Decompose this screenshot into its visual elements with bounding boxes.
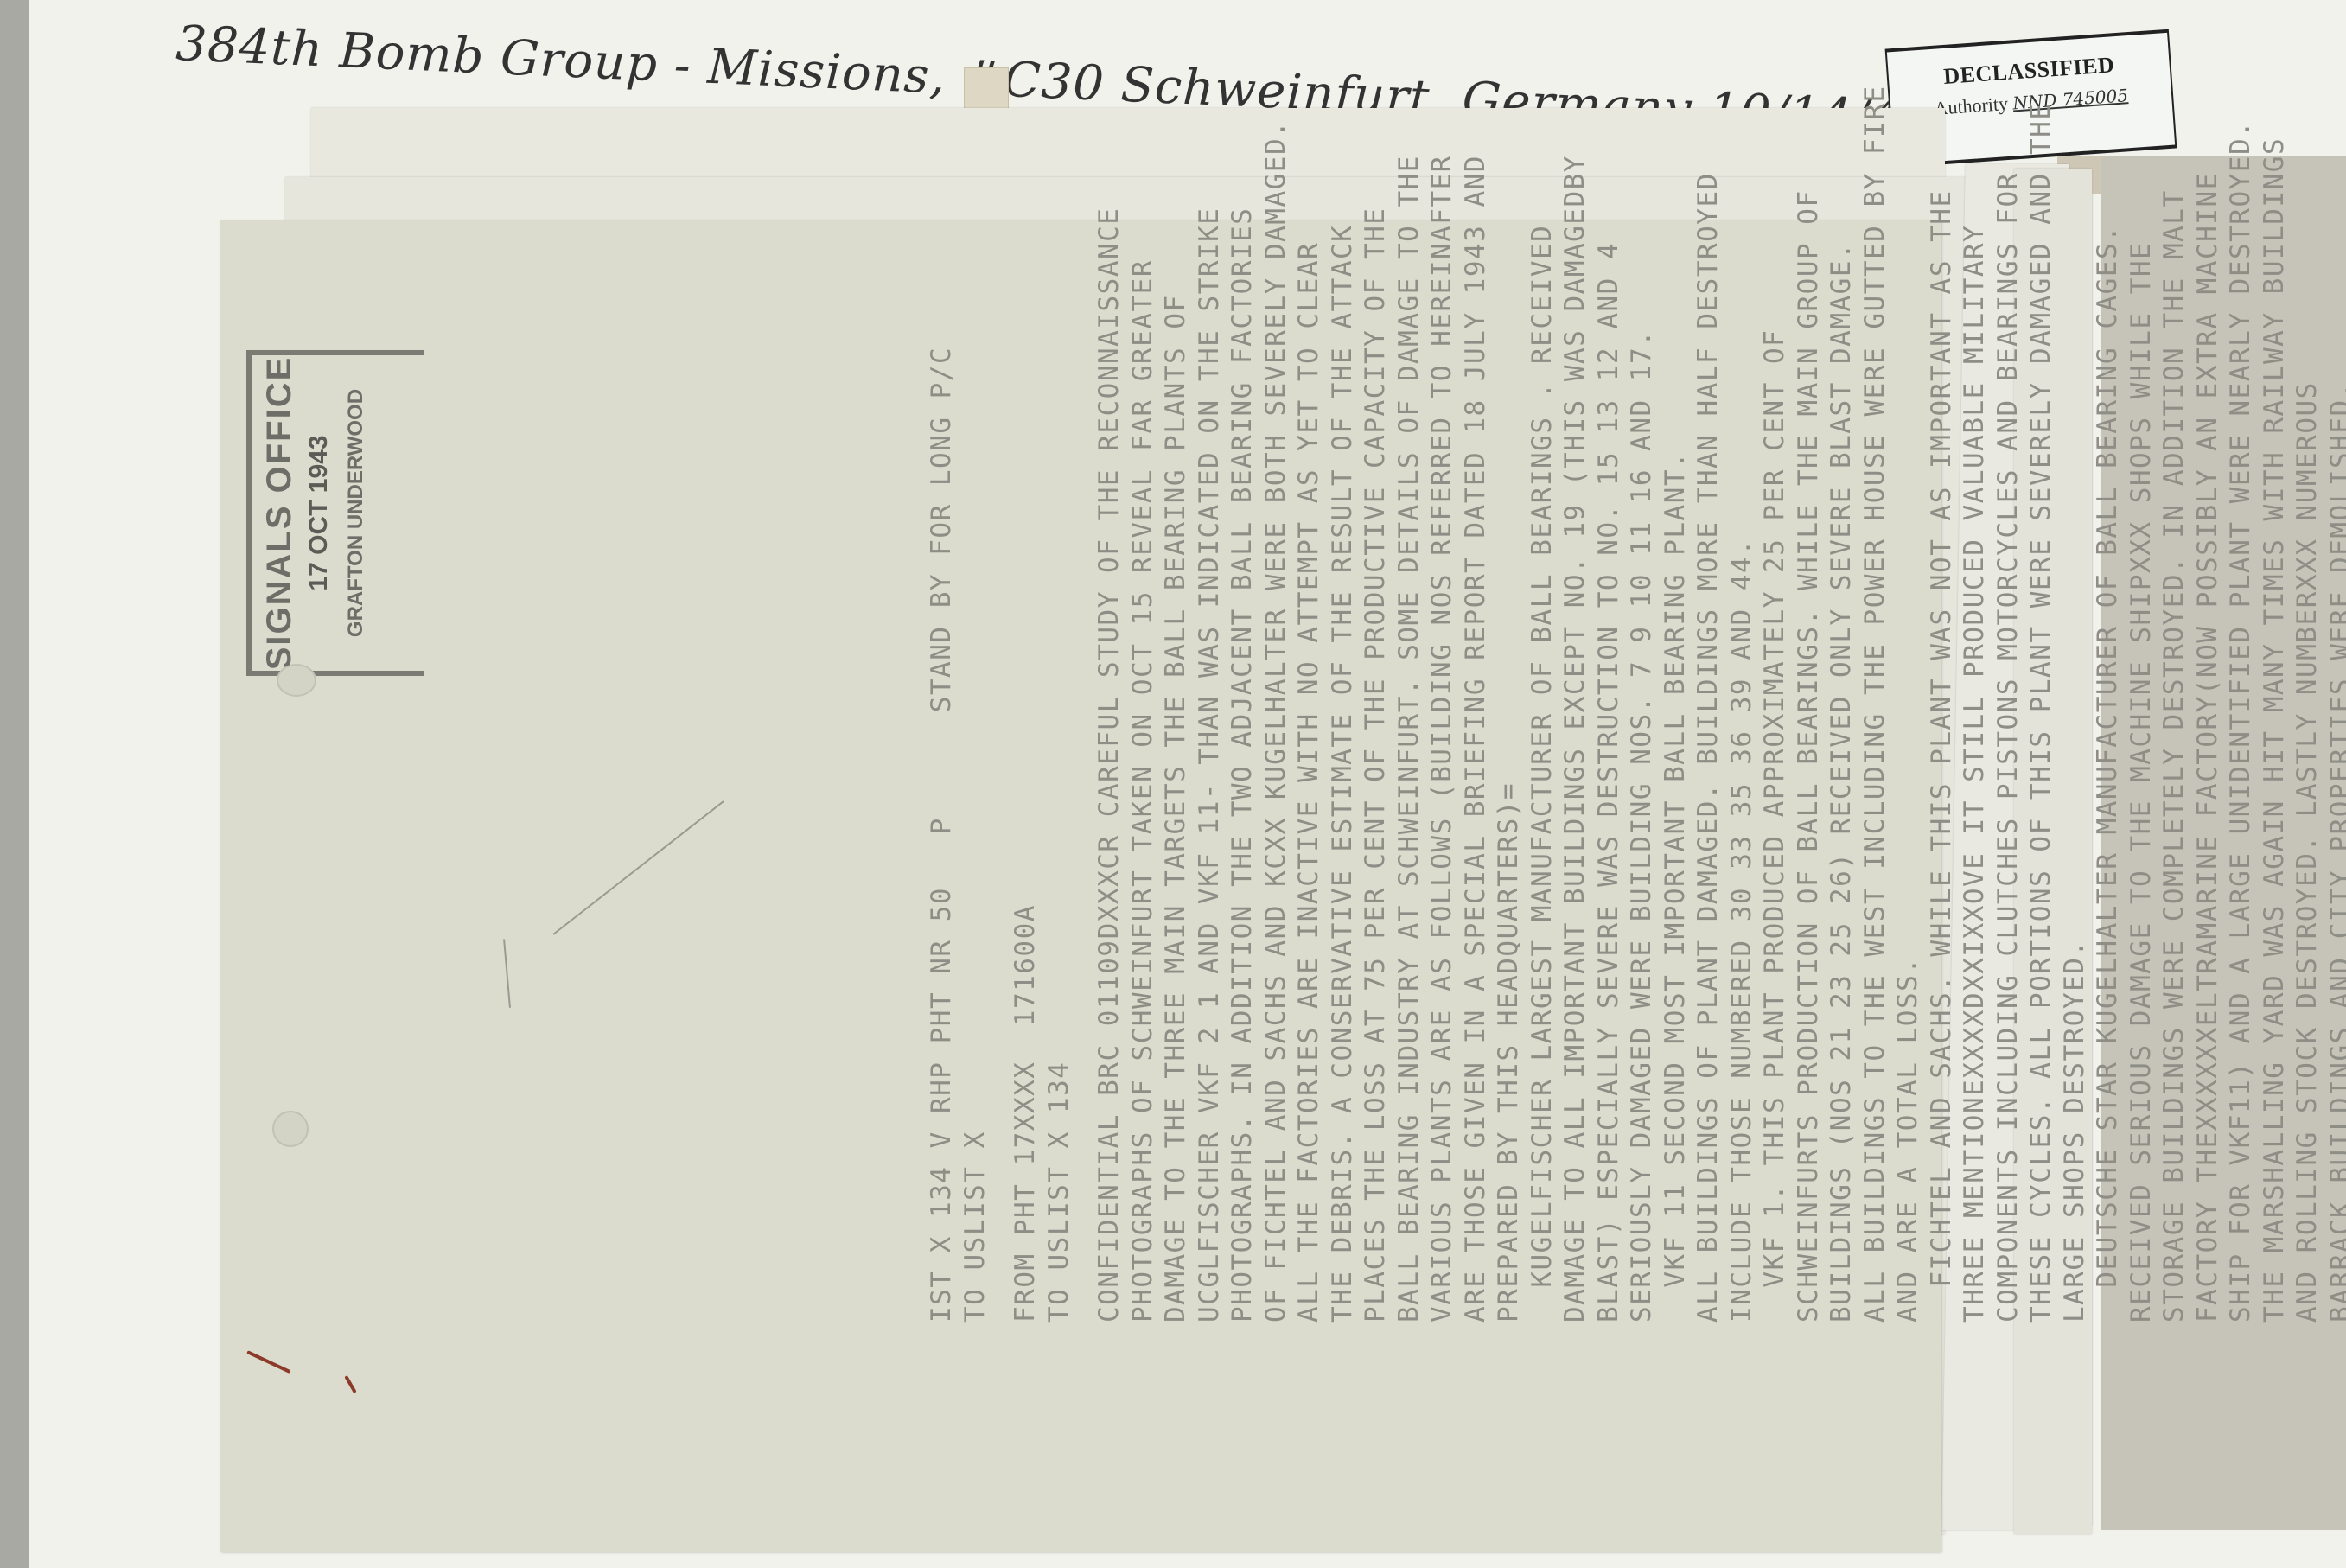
- message-line: PHOTOGRAPHS OF SCHWEINFURT TAKEN ON OCT …: [1126, 225, 1160, 1323]
- message-line: BLAST) ESPECIALLY SEVERE WAS DESTRUCTION…: [1592, 225, 1626, 1323]
- message-line: PLACES THE LOSS AT 75 PER CENT OF THE PR…: [1359, 225, 1393, 1323]
- message-line: THREE MENTIONEXXXXDXXIXXOVE IT STILL PRO…: [1958, 225, 1992, 1323]
- message-line: ALL BUILDINGS TO THE WEST INCLUDING THE …: [1858, 225, 1892, 1323]
- message-line: OF FICHTEL AND SACHS AND KCXX KUGELHALTE…: [1259, 225, 1293, 1323]
- message-line: AND ARE A TOTAL LOSS.: [1891, 225, 1925, 1323]
- message-line: UCGLFISCHER VKF 2 1 AND VKF 11- THAN WAS…: [1193, 225, 1227, 1323]
- message-line: COMPONENTS INCLUDING CLUTCHES PISTONS MO…: [1992, 225, 2025, 1323]
- message-line: ALL BUILDINGS OF PLANT DAMAGED. BUILDING…: [1692, 225, 1725, 1323]
- message-line: CONFIDENTIAL BRC 01109DXXXCR CAREFUL STU…: [1093, 225, 1126, 1323]
- stamp-office: SIGNALS OFFICE: [260, 355, 299, 671]
- message-line: THE DEBRIS. A CONSERVATIVE ESTIMATE OF T…: [1326, 225, 1360, 1323]
- message-line: RECEIVED SERIOUS DAMAGE TO THE MACHINE S…: [2125, 225, 2158, 1323]
- signals-office-stamp: SIGNALS OFFICE 17 OCT 1943 GRAFTON UNDER…: [246, 350, 424, 676]
- message-line: SERIOUSLY DAMAGED WERE BUILDING NOS. 7 9…: [1625, 225, 1659, 1323]
- message-line: DAMAGE TO ALL IMPORTANT BUILDINGS EXCEPT…: [1559, 225, 1592, 1323]
- message-line: [991, 225, 1009, 1323]
- message-line: VKF 11 SECOND MOST IMPORTANT BALL BEARIN…: [1659, 225, 1693, 1323]
- message-line: SCHWEINFURTS PRODUCTION OF BALL BEARINGS…: [1792, 225, 1826, 1323]
- message-line: IST X 134 V RHP PHT NR 50 P STAND BY FOR…: [925, 225, 959, 1323]
- message-line: DEUTSCHE STAR KUGELHALTER MANUFACTURER O…: [2091, 225, 2125, 1323]
- message-line: LARGE SHOPS DESTROYED.: [2058, 225, 2092, 1323]
- message-line: AND ROLLING STOCK DESTROYED. LASTLY NUMB…: [2291, 225, 2324, 1323]
- message-line: SHIP FOR VKF11) AND A LARGE UNIDENTIFIED…: [2224, 225, 2258, 1323]
- message-line: BALL BEARING INDUSTRY AT SCHWEINFURT. SO…: [1393, 225, 1426, 1323]
- water-stain: [272, 1111, 309, 1147]
- message-line: BUILDINGS (NOS 21 23 25 26) RECEIVED ONL…: [1825, 225, 1858, 1323]
- message-line: TO USLIST X: [959, 225, 992, 1323]
- message-line: VARIOUS PLANTS ARE AS FOLLOWS (BUILDING …: [1425, 225, 1459, 1323]
- message-line: FROM PHT 17XXXX 171600A: [1009, 225, 1042, 1323]
- message-line: DAMAGE TO THE THREE MAIN TARGETS THE BAL…: [1159, 225, 1193, 1323]
- message-line: FICHTEL AND SACHS. WHILE THIS PLANT WAS …: [1925, 225, 1959, 1323]
- message-line: KUGELFISCHER LARGEST MANUFACTURER OF BAL…: [1526, 225, 1559, 1323]
- message-line: PHOTOGRAPHS. IN ADDITION THE TWO ADJACEN…: [1226, 225, 1259, 1323]
- message-line: BARRACK BUILDINGS AND CITY PROPERTIES WE…: [2324, 225, 2346, 1323]
- message-line: ALL THE FACTORIES ARE INACTIVE WITH NO A…: [1292, 225, 1326, 1323]
- message-line: THE MARSHALLING YARD WAS AGAIN HIT MANY …: [2258, 225, 2292, 1323]
- message-line: INCLUDE THOSE NUMBERED 30 33 35 36 39 AN…: [1725, 225, 1759, 1323]
- background-edge: [0, 0, 30, 1568]
- stamp-date: 17 OCT 1943: [304, 355, 334, 671]
- teletype-message-body: IST X 134 V RHP PHT NR 50 P STAND BY FOR…: [925, 225, 2346, 1323]
- message-line: FACTORY THEXXXXXXELTRAMARINE FACTORY(NOW…: [2191, 225, 2225, 1323]
- stamp-location: GRAFTON UNDERWOOD: [344, 355, 368, 671]
- message-line: TO USLIST X 134: [1042, 225, 1076, 1323]
- message-line: ARE THOSE GIVEN IN A SPECIAL BRIEFING RE…: [1459, 225, 1493, 1323]
- message-line: PREPARED BY THIS HEADQUARTERS)=: [1492, 225, 1526, 1323]
- message-line: VKF 1. THIS PLANT PRODUCED APPROXIMATELY…: [1758, 225, 1792, 1323]
- water-stain: [277, 664, 316, 697]
- message-line: STORAGE BUILDINGS WERE COMPLETELY DESTRO…: [2158, 225, 2191, 1323]
- message-line: [1075, 225, 1093, 1323]
- message-line: THESE CYCLES. ALL PORTIONS OF THIS PLANT…: [2024, 225, 2058, 1323]
